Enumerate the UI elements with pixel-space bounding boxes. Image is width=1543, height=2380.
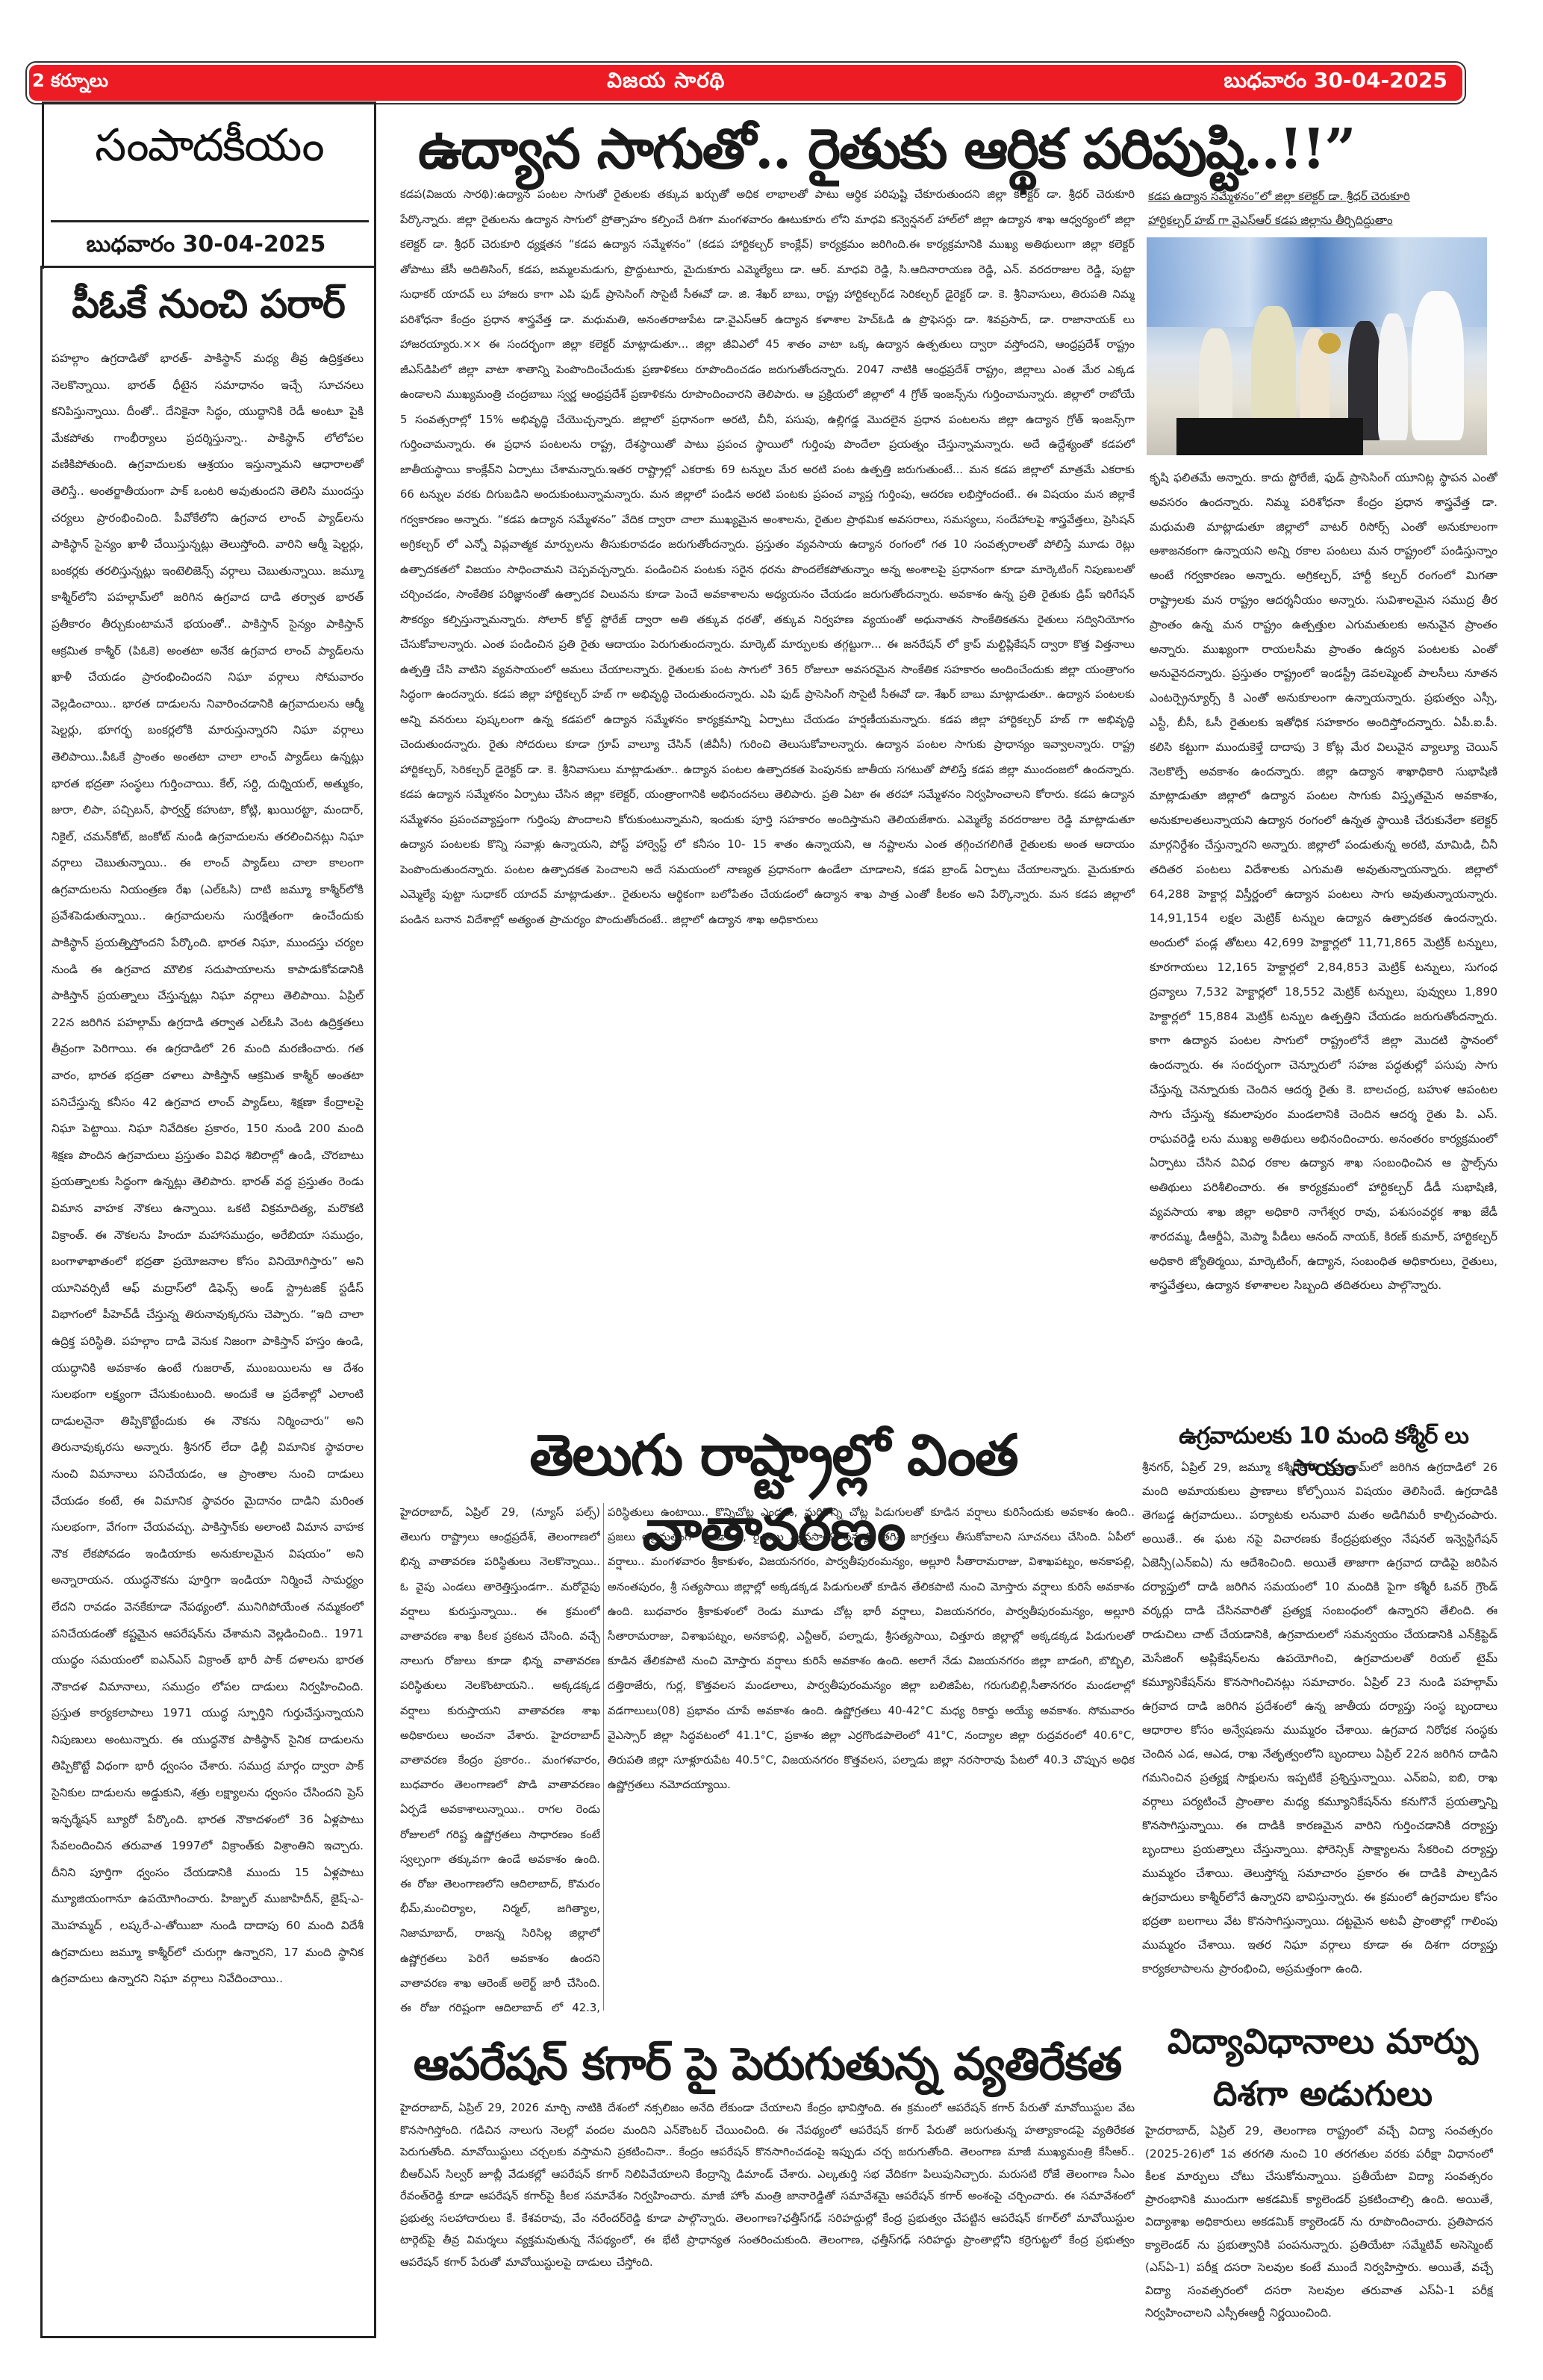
lead-article: కడప(విజయ సారథి):ఉద్యాన పంటల సాగుతో రైతుల…	[400, 182, 1135, 1205]
lead-body: కడప(విజయ సారథి):ఉద్యాన పంటల సాగుతో రైతుల…	[400, 182, 1135, 932]
masthead-bar: 2 కర్నూలు విజయ సారథి బుధవారం 30-04-2025	[25, 61, 1466, 104]
weather-column-1: హైదరాబాద్, ఏప్రిల్ 29, (న్యూస్ పల్స్) తె…	[400, 1500, 600, 2015]
education-headline-line-2: దిశగా అడుగులు	[1144, 2067, 1502, 2120]
paper-name: విజయ సారథి	[607, 68, 725, 98]
editorial-column: పీఓకే నుంచి పరార్ పహల్గాం ఉగ్రదాడితో భార…	[40, 266, 376, 2338]
photo-caption: కడప ఉద్యాన సమ్మేళనం”లో జిల్లా కలెక్టర్ డ…	[1148, 184, 1499, 232]
page-label: 2 కర్నూలు	[32, 70, 108, 96]
photo-podium	[1176, 418, 1363, 455]
weather-column-2: పరిస్థితులు ఉంటాయి.. కొన్నిచోట్ల ఎండలు, …	[608, 1500, 1135, 2015]
lead-article-continued: కృషి ఫలితమే అన్నారు. కాదు స్టోరేజీ, ఫుడ్…	[1150, 466, 1497, 1364]
kagar-headline: ఆపరేషన్ కగార్ పై పెరుగుతున్న వ్యతిరేకత	[400, 2034, 1135, 2094]
editorial-section-title: సంపాదకీయం	[42, 112, 376, 179]
editorial-date: బుధవారం 30-04-2025	[42, 231, 370, 263]
editorial-body: పహల్గాం ఉగ్రదాడితో భారత్- పాకిస్థాన్ మధ్…	[43, 346, 374, 1993]
editorial-headline: పీఓకే నుంచి పరార్	[43, 268, 374, 346]
education-headline: విద్యావిధానాలు మార్పు దిశగా అడుగులు	[1144, 2015, 1502, 2120]
kashmir-article: శ్రీనగర్, ఏప్రిల్ 29, జమ్మూ కశ్మీర్‌లోని…	[1142, 1455, 1497, 2000]
kagar-body: హైదరాబాద్, ఏప్రిల్ 29, 2026 మార్చి నాటిక…	[400, 2097, 1135, 2273]
masthead-red-band: 2 కర్నూలు విజయ సారథి బుధవారం 30-04-2025	[29, 65, 1462, 101]
weather-body-2: పరిస్థితులు ఉంటాయి.. కొన్నిచోట్ల ఎండలు, …	[608, 1500, 1135, 1797]
lead-headline: ఉద్యాన సాగుతో.. రైతుకు ఆర్థిక పరిపుష్టి.…	[418, 112, 1523, 187]
issue-date: బుధవారం 30-04-2025	[1224, 68, 1447, 98]
photo-memento	[1318, 333, 1341, 354]
photo-caption-line-2: హార్టికల్చర్ హబ్ గా వైఎస్ఆర్ కడప జిల్లాన…	[1148, 208, 1499, 232]
education-body: హైదరాబాద్, ఏప్రిల్ 29, తెలంగాణ రాష్ట్రంల…	[1145, 2120, 1493, 2325]
kashmir-body: శ్రీనగర్, ఏప్రిల్ 29, జమ్మూ కశ్మీర్‌లోని…	[1142, 1455, 1497, 1981]
education-headline-line-1: విద్యావిధానాలు మార్పు	[1144, 2015, 1502, 2067]
column-divider	[603, 1503, 604, 2011]
editorial-divider	[51, 220, 369, 222]
education-article: హైదరాబాద్, ఏప్రిల్ 29, తెలంగాణ రాష్ట్రంల…	[1145, 2120, 1493, 2336]
photo-person	[1412, 291, 1464, 440]
weather-body-1: హైదరాబాద్, ఏప్రిల్ 29, (న్యూస్ పల్స్) తె…	[400, 1500, 600, 2015]
kagar-article: హైదరాబాద్, ఏప్రిల్ 29, 2026 మార్చి నాటిక…	[400, 2097, 1135, 2321]
photo-person	[1378, 313, 1408, 440]
event-photo	[1147, 237, 1487, 455]
photo-caption-line-1: కడప ఉద్యాన సమ్మేళనం”లో జిల్లా కలెక్టర్ డ…	[1148, 184, 1499, 208]
lead-continued-body: కృషి ఫలితమే అన్నారు. కాదు స్టోరేజీ, ఫుడ్…	[1150, 466, 1497, 1298]
